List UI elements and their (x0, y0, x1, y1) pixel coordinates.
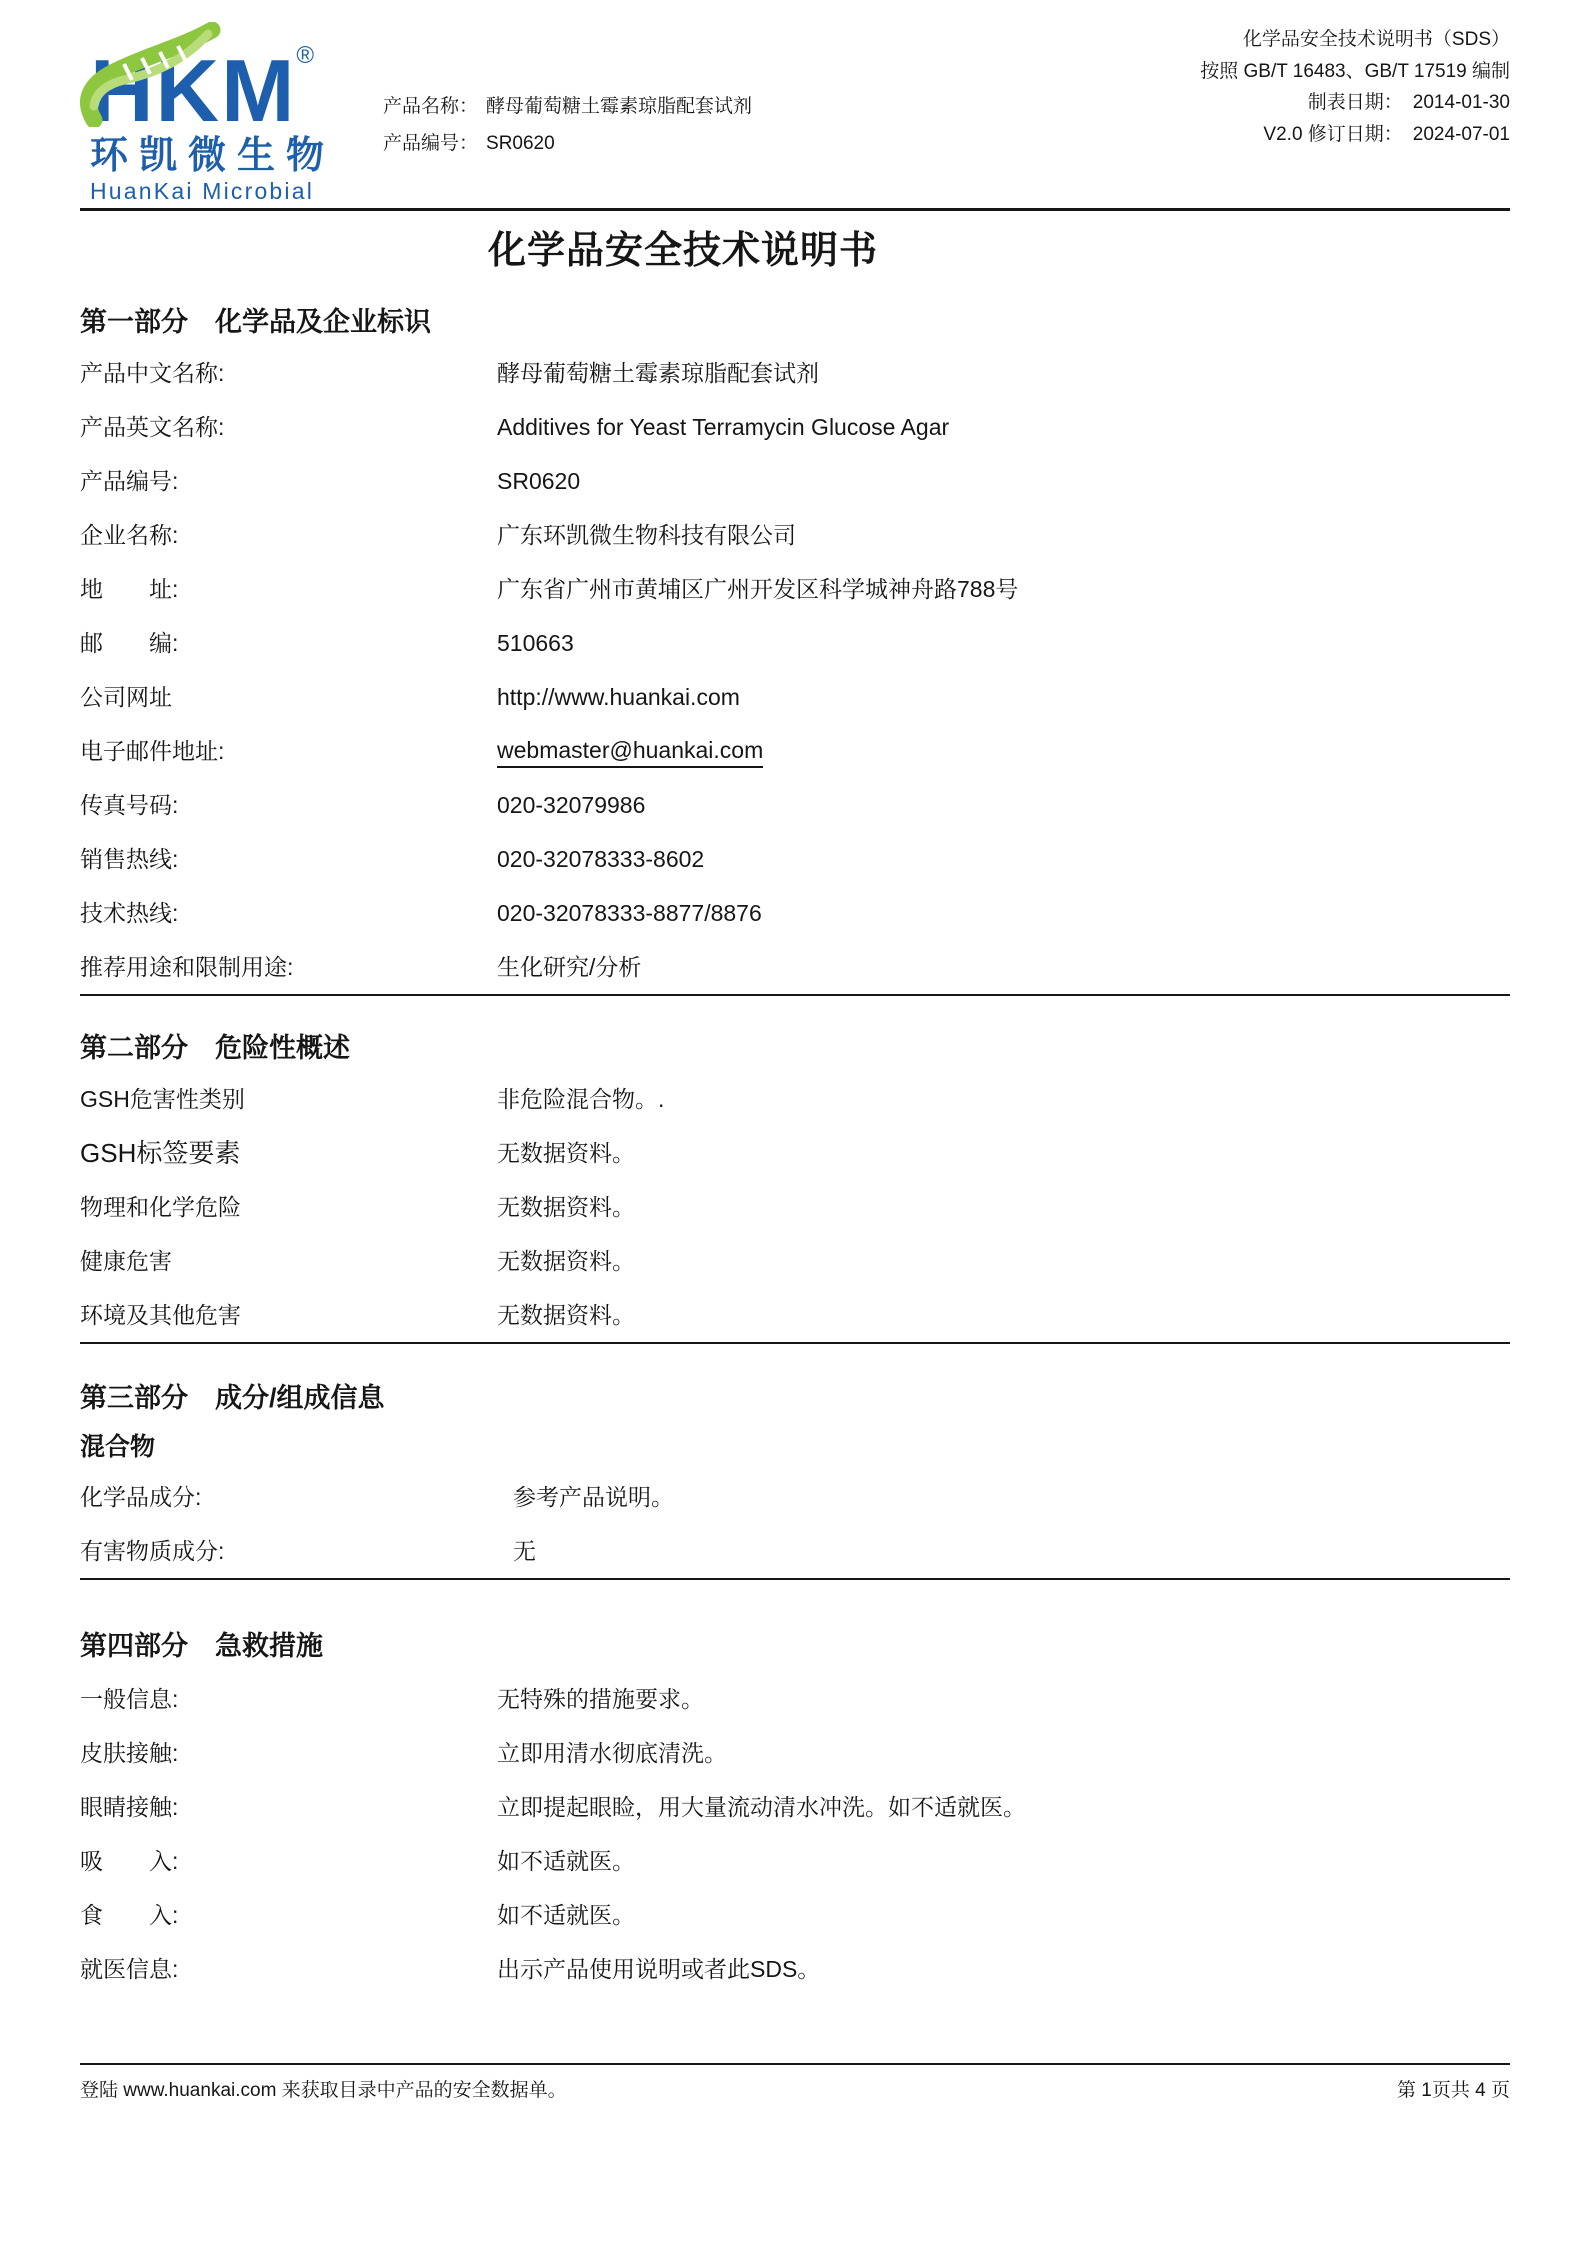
field-row: GSH标签要素 无数据资料。 (80, 1126, 1510, 1180)
header-product-name-row: 产品名称： 酵母葡萄糖土霉素琼脂配套试剂 (383, 88, 752, 125)
field-value: 无特殊的措施要求。 (497, 1684, 1510, 1714)
field-value: 出示产品使用说明或者此SDS。 (497, 1954, 1510, 1984)
field-label: 皮肤接触: (80, 1738, 497, 1768)
header-product-code-row: 产品编号： SR0620 (383, 125, 752, 162)
field-row: 传真号码: 020-32079986 (80, 778, 1510, 832)
registered-mark-icon: ® (296, 42, 314, 69)
field-value: SR0620 (497, 466, 1510, 496)
field-label: 产品英文名称: (80, 412, 497, 442)
footer-note: 登陆 www.huankai.com 来获取目录中产品的安全数据单。 (80, 2078, 567, 2104)
header-meta-block: 化学品安全技术说明书（SDS） 按照 GB/T 16483、GB/T 17519… (1200, 24, 1510, 150)
field-row: 地 址: 广东省广州市黄埔区广州开发区科学城神舟路788号 (80, 562, 1510, 616)
field-value: 无数据资料。 (497, 1300, 1510, 1330)
field-row: 化学品成分: 参考产品说明。 (80, 1470, 1510, 1524)
field-value: 广东省广州市黄埔区广州开发区科学城神舟路788号 (497, 574, 1510, 604)
field-value: 510663 (497, 628, 1510, 658)
email-link[interactable]: webmaster@huankai.com (497, 735, 763, 768)
field-value: 020-32078333-8877/8876 (497, 898, 1510, 928)
field-value: 无数据资料。 (497, 1246, 1510, 1276)
field-row: 产品中文名称: 酵母葡萄糖土霉素琼脂配套试剂 (80, 346, 1510, 400)
field-row: 皮肤接触: 立即用清水彻底清洗。 (80, 1726, 1510, 1780)
company-logo: HKM® 环凯微生物 HuanKai Microbial (90, 10, 410, 204)
section-2-heading: 第二部分 危险性概述 (80, 1030, 1510, 1066)
field-value: 酵母葡萄糖土霉素琼脂配套试剂 (497, 358, 1510, 388)
created-date-value: 2014-01-30 (1413, 87, 1510, 119)
field-row: 就医信息: 出示产品使用说明或者此SDS。 (80, 1942, 1510, 1996)
product-code-label: 产品编号： (383, 125, 478, 162)
field-value: 生化研究/分析 (497, 952, 1510, 982)
field-row: 健康危害 无数据资料。 (80, 1234, 1510, 1288)
field-value: 非危险混合物。. (497, 1084, 1510, 1114)
field-label: 眼睛接触: (80, 1792, 497, 1822)
field-label: 化学品成分: (80, 1482, 497, 1512)
section-3-heading: 第三部分 成分/组成信息 (80, 1380, 1510, 1416)
subsection-heading: 混合物 (80, 1430, 1510, 1464)
page-title: 化学品安全技术说明书 (488, 228, 878, 274)
field-value: 无数据资料。 (497, 1192, 1510, 1222)
section-1-heading: 第一部分 化学品及企业标识 (80, 304, 1510, 340)
page-header: HKM® 环凯微生物 HuanKai Microbial 产品名称： 酵母葡萄糖… (0, 0, 1587, 212)
field-label: 地 址: (80, 574, 497, 604)
section-2: GSH危害性类别 非危险混合物。. GSH标签要素 无数据资料。 物理和化学危险… (80, 1072, 1510, 1342)
field-row: 邮 编: 510663 (80, 616, 1510, 670)
field-label: 推荐用途和限制用途: (80, 952, 497, 982)
field-label: 邮 编: (80, 628, 497, 658)
product-name-value: 酵母葡萄糖土霉素琼脂配套试剂 (486, 88, 752, 125)
field-row: 产品编号: SR0620 (80, 454, 1510, 508)
field-label: GSH危害性类别 (80, 1084, 497, 1114)
header-divider (80, 208, 1510, 211)
field-row: GSH危害性类别 非危险混合物。. (80, 1072, 1510, 1126)
field-label: 技术热线: (80, 898, 497, 928)
field-label: 企业名称: (80, 520, 497, 550)
field-value: 立即用清水彻底清洗。 (497, 1738, 1510, 1768)
field-label: 产品编号: (80, 466, 497, 496)
field-value: 立即提起眼睑，用大量流动清水冲洗。如不适就医。 (497, 1792, 1510, 1822)
logo-cn-name: 环凯微生物 (90, 135, 410, 177)
page-number: 第 1页共 4 页 (1397, 2078, 1510, 2104)
field-row: 物理和化学危险 无数据资料。 (80, 1180, 1510, 1234)
field-row: 一般信息: 无特殊的措施要求。 (80, 1672, 1510, 1726)
header-product-block: 产品名称： 酵母葡萄糖土霉素琼脂配套试剂 产品编号： SR0620 (383, 88, 752, 162)
field-label: GSH标签要素 (80, 1138, 497, 1168)
field-label: 就医信息: (80, 1954, 497, 1984)
logo-text: HKM (90, 41, 296, 140)
field-row: 产品英文名称: Additives for Yeast Terramycin G… (80, 400, 1510, 454)
field-row: 推荐用途和限制用途: 生化研究/分析 (80, 940, 1510, 994)
section-3: 化学品成分: 参考产品说明。 有害物质成分: 无 (80, 1470, 1510, 1578)
field-label: 吸 入: (80, 1846, 497, 1876)
field-row: 有害物质成分: 无 (80, 1524, 1510, 1578)
created-date-label: 制表日期： (1308, 87, 1403, 119)
product-name-label: 产品名称： (383, 88, 478, 125)
field-label: 传真号码: (80, 790, 497, 820)
field-value: 如不适就医。 (497, 1846, 1510, 1876)
product-code-value: SR0620 (486, 125, 555, 162)
logo-en-name: HuanKai Microbial (90, 178, 410, 204)
field-label: 物理和化学危险 (80, 1192, 497, 1222)
doc-type-line: 化学品安全技术说明书（SDS） (1200, 24, 1510, 56)
field-label: 公司网址 (80, 682, 497, 712)
field-row: 眼睛接触: 立即提起眼睑，用大量流动清水冲洗。如不适就医。 (80, 1780, 1510, 1834)
standards-line: 按照 GB/T 16483、GB/T 17519 编制 (1200, 56, 1510, 88)
revised-date-label: V2.0 修订日期： (1263, 119, 1402, 151)
created-date-row: 制表日期： 2014-01-30 (1200, 87, 1510, 119)
section-4: 一般信息: 无特殊的措施要求。 皮肤接触: 立即用清水彻底清洗。 眼睛接触: 立… (80, 1672, 1510, 1996)
website-value: http://www.huankai.com (497, 682, 1510, 712)
field-value: 如不适就医。 (497, 1900, 1510, 1930)
field-value: 参考产品说明。 (497, 1482, 1510, 1512)
field-label: 电子邮件地址: (80, 736, 497, 766)
field-value: 020-32078333-8602 (497, 844, 1510, 874)
field-label: 产品中文名称: (80, 358, 497, 388)
section-1: 产品中文名称: 酵母葡萄糖土霉素琼脂配套试剂 产品英文名称: Additives… (80, 346, 1510, 994)
field-value: 无数据资料。 (497, 1138, 1510, 1168)
logo-acronym: HKM® (90, 10, 314, 137)
section-divider (80, 994, 1510, 996)
field-row: 食 入: 如不适就医。 (80, 1888, 1510, 1942)
field-row: 销售热线: 020-32078333-8602 (80, 832, 1510, 886)
field-label: 一般信息: (80, 1684, 497, 1714)
field-value: 广东环凯微生物科技有限公司 (497, 520, 1510, 550)
section-4-heading: 第四部分 急救措施 (80, 1628, 1510, 1664)
field-label: 食 入: (80, 1900, 497, 1930)
field-row: 企业名称: 广东环凯微生物科技有限公司 (80, 508, 1510, 562)
field-label: 销售热线: (80, 844, 497, 874)
document-body: 化学品安全技术说明书 第一部分 化学品及企业标识 产品中文名称: 酵母葡萄糖土霉… (0, 228, 1587, 1996)
sds-document-page: HKM® 环凯微生物 HuanKai Microbial 产品名称： 酵母葡萄糖… (0, 0, 1587, 2245)
field-row: 电子邮件地址: webmaster@huankai.com (80, 724, 1510, 778)
section-divider (80, 1578, 1510, 1580)
section-divider (80, 1342, 1510, 1344)
field-value: 无 (497, 1536, 1510, 1566)
field-label: 有害物质成分: (80, 1536, 497, 1566)
field-row: 公司网址 http://www.huankai.com (80, 670, 1510, 724)
field-label: 环境及其他危害 (80, 1300, 497, 1330)
field-row: 吸 入: 如不适就医。 (80, 1834, 1510, 1888)
field-value: webmaster@huankai.com (497, 735, 1510, 768)
field-row: 技术热线: 020-32078333-8877/8876 (80, 886, 1510, 940)
field-label: 健康危害 (80, 1246, 497, 1276)
page-footer: 登陆 www.huankai.com 来获取目录中产品的安全数据单。 第 1页共… (80, 2063, 1510, 2104)
field-value: Additives for Yeast Terramycin Glucose A… (497, 412, 1510, 442)
field-row: 环境及其他危害 无数据资料。 (80, 1288, 1510, 1342)
revised-date-row: V2.0 修订日期： 2024-07-01 (1200, 119, 1510, 151)
revised-date-value: 2024-07-01 (1413, 119, 1510, 151)
field-value: 020-32079986 (497, 790, 1510, 820)
